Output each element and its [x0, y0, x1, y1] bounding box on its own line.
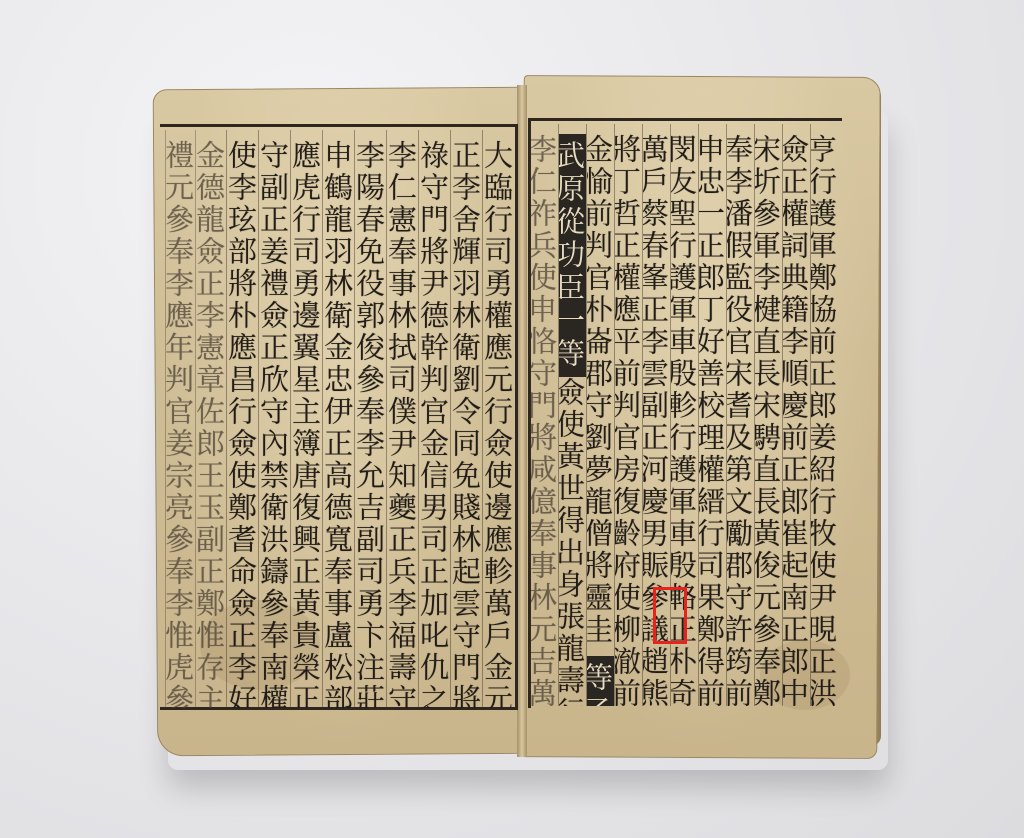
text-column: 武原從功臣一等僉使黃世得出身張龍壽行府使 — [558, 124, 586, 706]
text-column: 宋圻參軍李楗直長宋騁直長黃俊元參奉鄭潔參 — [754, 124, 782, 706]
text-column: 奉李潘假監役官宋耆及第文勵郡守許筠前府使 — [726, 124, 754, 706]
text-column: 金愉前判官朴崙郡守劉夢龍僧將靈圭等乙良宣 — [586, 124, 614, 706]
text-column: 金德龍僉正李憲章佐郎王玉副正鄭惟存主簿朴 — [195, 130, 226, 708]
text-column: 應虎行司勇邊翼星主簿唐復興正黃貴榮正林還 — [290, 130, 322, 708]
text-column: 李陽春免役郭俊參奉李允吉副司勇卞注莊部將 — [354, 130, 386, 708]
left-page-text: 大臨行司勇權應元行僉使邊應軫萬戶金元凱僉 正李舍輝羽林衛劉令同免賤林起雲守門將朴… — [164, 130, 514, 708]
column-text: 僉使黃世得出身張龍壽行府使 — [558, 377, 586, 706]
text-column: 祿守門將尹德幹判官金信男司正加叱仇之直長 — [418, 130, 450, 708]
section-heading-first-rank: 武原從功臣一等 — [558, 134, 586, 377]
text-column: 將丁哲正權應平前判官房復齡府使柳澈前府使 — [614, 124, 642, 706]
text-column: 禮元參奉李應年判官姜宗亮參奉李惟虎參議俞 — [165, 130, 195, 708]
book-spine — [517, 85, 527, 757]
column-text: 金愉前判官朴崙郡守劉夢龍僧將靈圭 — [586, 134, 614, 646]
text-column: 亨行護軍鄭協前正郎姜紹行牧使尹晛正洪 — [810, 124, 838, 706]
section-heading-second-rank: 等乙良宣 — [586, 656, 614, 706]
text-column: 守副正姜禮僉正欣守內禁衛洪鑄參奉南權行僉 — [258, 130, 290, 708]
text-column: 李仁祚兵使申恪守門將咸億奉事林元吉萬戶李 — [530, 124, 558, 706]
text-column: 大臨行司勇權應元行僉使邊應軫萬戶金元凱僉 — [482, 130, 514, 708]
text-column: 僉正權詞典籍李順慶前正郎崔起南正郎中權正 — [782, 124, 810, 706]
highlight-box — [653, 587, 687, 644]
text-column: 正李舍輝羽林衛劉令同免賤林起雲守門將朴仁 — [450, 130, 482, 708]
text-column: 李仁憲奉事林拭司僕尹知夔正兵李福壽守門將 — [386, 130, 418, 708]
text-column: 申鶴龍羽林衛金忠伊正高德寬奉事盧松部將朴 — [322, 130, 354, 708]
text-column: 申忠一正郎丁好善校理權縉行司果鄭得前判官 — [698, 124, 726, 706]
text-column: 使李玹部將朴應昌行僉使鄭耆命僉正李好誼正 — [226, 130, 258, 708]
